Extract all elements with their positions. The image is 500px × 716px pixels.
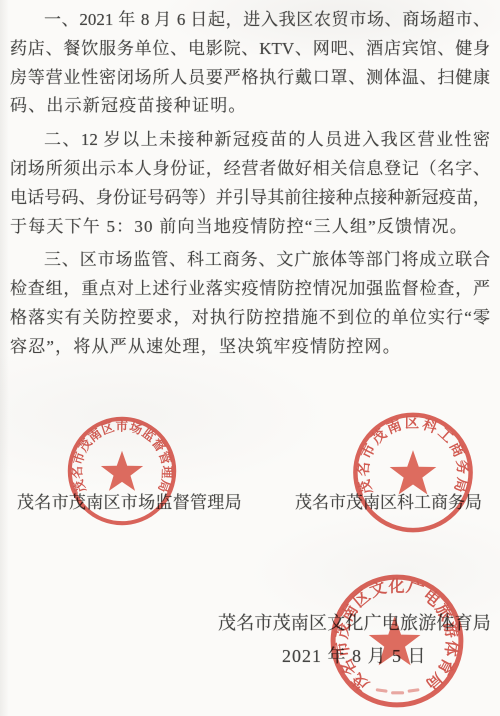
paragraph-3: 三、区市场监管、科工商务、文广旅体等部门将成立联合 检查组，重点对上述行业落实疫… <box>10 246 490 361</box>
document-line: 格落实有关防控要求，对执行防控措施不到位的单位实行“零 <box>10 304 490 333</box>
document-line: 房等营业性密闭场所人员要严格执行戴口罩、测体温、扫健康 <box>10 64 490 93</box>
seal-code-band <box>376 688 420 694</box>
star-icon <box>390 450 437 494</box>
document-line: 闭场所须出示本人身份证，经营者做好相关信息登记（名字、 <box>10 155 490 184</box>
document-line: 检查组，重点对上述行业落实疫情防控情况加强监督检查，严 <box>10 275 490 304</box>
document-line: 于每天下午 5：30 前向当地疫情防控“三人组”反馈情况。 <box>10 213 490 242</box>
document-line: 二、12 岁以上未接种新冠疫苗的人员进入我区营业性密 <box>10 126 490 155</box>
document-line: 三、区市场监管、科工商务、文广旅体等部门将成立联合 <box>10 246 490 275</box>
document-line: 容忍”，将从严从速处理，坚决筑牢疫情防控网。 <box>10 333 490 362</box>
scanned-notice-page: 一、2021 年 8 月 6 日起，进入我区农贸市场、商场超市、 药店、餐饮服务… <box>0 0 500 716</box>
document-line: 电话号码、身份证号码等）并引导其前往接种点接种新冠疫苗， <box>10 184 490 213</box>
official-seal-science-industry-commerce: 茂名市茂南区科工商务局 <box>349 406 477 539</box>
official-seal-market-supervision: 茂名市茂南区市场监督管理局 <box>64 402 180 540</box>
document-line: 一、2021 年 8 月 6 日起，进入我区农贸市场、商场超市、 <box>10 6 490 35</box>
official-seal-culture-tourism-sports: 茂名市茂南区文化广电旅游体育局 <box>326 570 468 712</box>
document-body: 一、2021 年 8 月 6 日起，进入我区农贸市场、商场超市、 药店、餐饮服务… <box>10 6 490 362</box>
paragraph-1: 一、2021 年 8 月 6 日起，进入我区农贸市场、商场超市、 药店、餐饮服务… <box>10 6 490 121</box>
star-icon <box>101 451 143 491</box>
paragraph-2: 二、12 岁以上未接种新冠疫苗的人员进入我区营业性密 闭场所须出示本人身份证，经… <box>10 126 490 241</box>
document-line: 药店、餐饮服务单位、电影院、KTV、网吧、酒店宾馆、健身 <box>10 35 490 64</box>
document-line: 码、出示新冠疫苗接种证明。 <box>10 92 490 121</box>
star-icon <box>369 616 421 665</box>
